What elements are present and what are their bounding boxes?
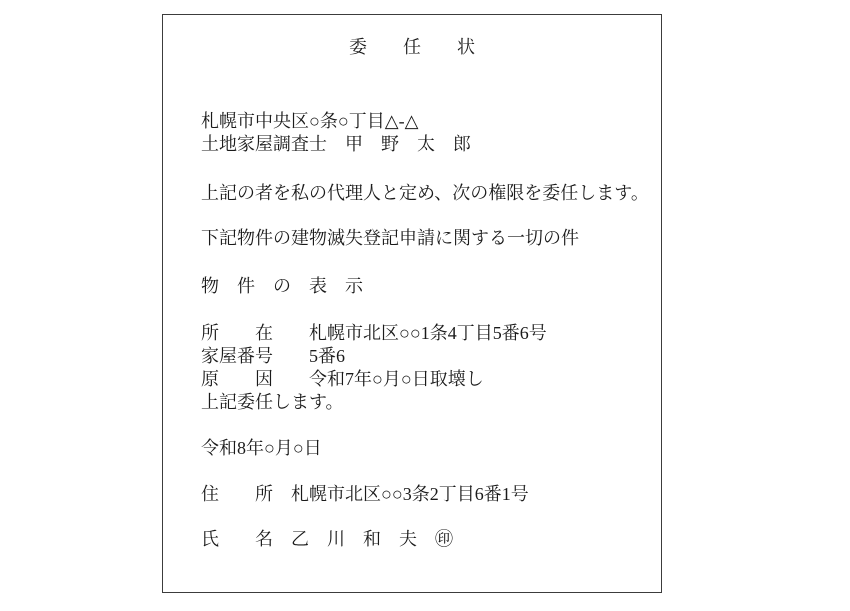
- agent-address-line: 札幌市中央区○条○丁目△-△: [201, 110, 641, 133]
- principal-name-text: 氏 名 乙 川 和 夫: [201, 529, 417, 549]
- delegation-statement-line: 上記の者を私の代理人と定め、次の権限を委任します。: [201, 182, 641, 205]
- property-cause-line: 原 因 令和7年○月○日取壊し: [201, 368, 641, 391]
- delegated-matter-line: 下記物件の建物滅失登記申請に関する一切の件: [201, 227, 641, 250]
- document-page: 委 任 状 札幌市中央区○条○丁目△-△ 土地家屋調査士 甲 野 太 郎 上記の…: [162, 14, 662, 593]
- property-section-heading: 物 件 の 表 示: [201, 275, 641, 298]
- property-location-line: 所 在 札幌市北区○○1条4丁目5番6号: [201, 322, 641, 345]
- document-date-line: 令和8年○月○日: [201, 437, 641, 460]
- delegation-closing-line: 上記委任します。: [201, 391, 641, 414]
- document-title: 委 任 状: [163, 36, 661, 59]
- principal-address-line: 住 所 札幌市北区○○3条2丁目6番1号: [201, 483, 641, 506]
- seal-stamp-icon: ㊞: [435, 529, 453, 549]
- document-content: 委 任 状 札幌市中央区○条○丁目△-△ 土地家屋調査士 甲 野 太 郎 上記の…: [163, 15, 661, 551]
- principal-name-line: 氏 名 乙 川 和 夫㊞: [201, 528, 641, 551]
- property-house-number-line: 家屋番号 5番6: [201, 345, 641, 368]
- agent-name-line: 土地家屋調査士 甲 野 太 郎: [201, 133, 641, 156]
